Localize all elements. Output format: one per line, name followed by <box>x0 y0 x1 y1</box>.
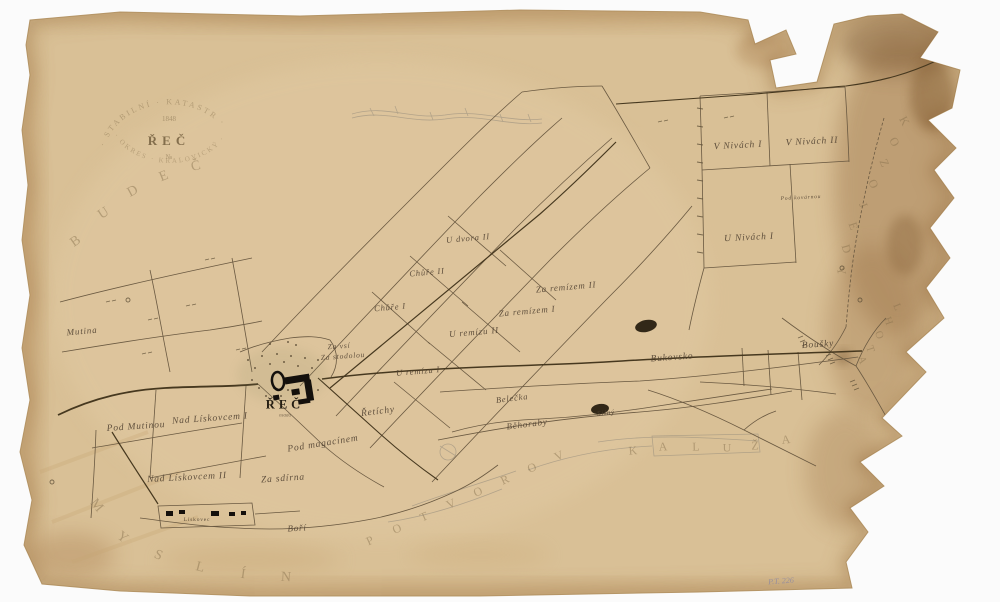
cartouche-title: ŘEČ <box>148 133 190 149</box>
field-label-silny: Silný <box>597 408 616 418</box>
map-drawing: · STABILNÍ · KATASTR · · OKRES · KRALOVI… <box>0 0 1000 602</box>
cartouche-year: 1848 <box>162 115 176 123</box>
field-label-za-vsi: Za vsí <box>327 341 351 352</box>
village-caption: osada <box>279 414 291 419</box>
boundary-letter: Ž <box>751 438 759 453</box>
boundary-letter: A <box>781 432 791 448</box>
field-label-bori: Boří <box>287 523 307 534</box>
village-name-label: ŘEČ <box>266 398 304 413</box>
boundary-letter: K <box>628 443 638 459</box>
pencil-inventory-note: P.T. 226 <box>768 576 794 587</box>
scanned-cadastral-map: · STABILNÍ · KATASTR · · OKRES · KRALOVI… <box>0 0 1000 602</box>
boundary-letter: A <box>658 439 667 454</box>
boundary-letter: U <box>723 441 732 456</box>
hamlet-label-liskovec: Lískovec <box>184 517 211 523</box>
cartouche-number-mark: № <box>166 153 173 161</box>
boundary-letter: N <box>281 570 292 587</box>
boundary-letter: L <box>692 439 700 454</box>
